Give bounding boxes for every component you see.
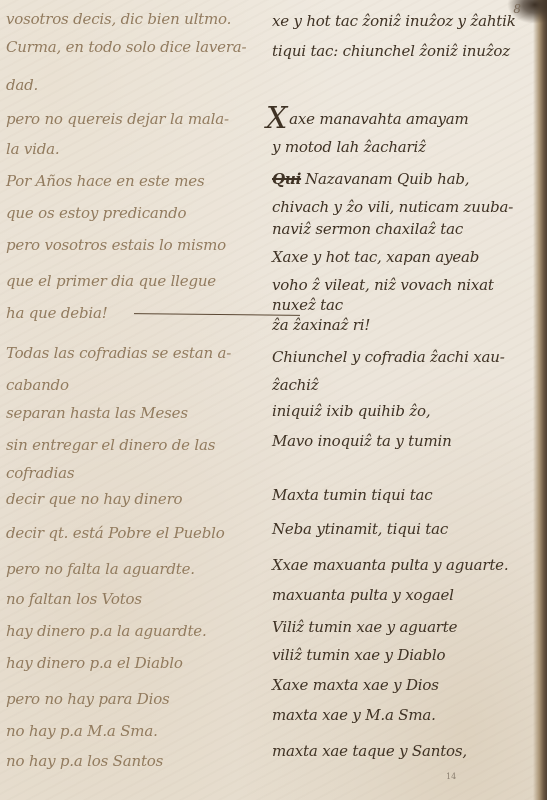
kaqchikel-line: Mavo inoquiẑ ta y tumin (272, 432, 452, 450)
kaqchikel-line: maxta xae y M.a Sma. (272, 706, 436, 724)
spanish-line: decir que no hay dinero (6, 490, 182, 508)
kaqchikel-line: maxuanta pulta y xogael (272, 586, 454, 604)
spanish-line: vosotros decis, dic bien ultmo. (6, 10, 231, 28)
spanish-line: pero no quereis dejar la mala- (6, 110, 229, 128)
kaqchikel-line: Xaxe y hot tac, xapan ayeab (272, 248, 479, 266)
footer-mark: 14 (446, 772, 456, 781)
kaqchikel-line: Chiunchel y cofradia ẑachi xau- (272, 348, 505, 366)
spanish-line: que os estoy predicando (6, 204, 186, 222)
spanish-line: cabando (6, 376, 69, 394)
kaqchikel-line: iniquiẑ ixib quihib ẑo, (272, 402, 430, 420)
spanish-line: Por Años hace en este mes (6, 172, 204, 190)
kaqchikel-line: tiqui tac: chiunchel ẑoniẑ inuẑoz (272, 42, 510, 60)
kaqchikel-line: Xxae maxuanta pulta y aguarte. (272, 556, 508, 574)
spanish-line: no hay p.a M.a Sma. (6, 722, 158, 740)
kaqchikel-line: Xaxe maxta xae y Dios (272, 676, 439, 694)
kaqchikel-line: y motod lah ẑachariẑ (272, 138, 426, 156)
spanish-line: decir qt. está Pobre el Pueblo (6, 524, 225, 542)
spanish-line: no faltan los Votos (6, 590, 142, 608)
spanish-line: pero no falta la aguardte. (6, 560, 195, 578)
kaqchikel-line: naviẑ sermon chaxilaẑ tac (272, 220, 463, 238)
spanish-line: cofradias (6, 464, 74, 482)
struck-abbreviation: Qui (272, 170, 301, 188)
kaqchikel-line: xe y hot tac ẑoniẑ inuẑoz y ẑahtik (272, 12, 516, 30)
kaqchikel-line: ẑachiẑ (272, 376, 318, 394)
spanish-line: dad. (6, 76, 38, 94)
spanish-line: la vida. (6, 140, 60, 158)
kaqchikel-line: Xaxe manavahta amayam (266, 104, 469, 134)
manuscript-page: 8 vosotros decis, dic bien ultmo. Curma,… (0, 0, 547, 800)
spanish-line: separan hasta las Meses (6, 404, 188, 422)
spanish-line: hay dinero p.a el Diablo (6, 654, 183, 672)
spanish-line: pero no hay para Dios (6, 690, 170, 708)
kaqchikel-line: voho ẑ vileat, niẑ vovach nixat (272, 276, 494, 294)
spanish-line: que el primer dia que llegue (6, 272, 216, 290)
drop-cap: X (266, 101, 287, 136)
spanish-line: sin entregar el dinero de las (6, 436, 215, 454)
kaqchikel-line: nuxeẑ tac (272, 296, 343, 314)
kaqchikel-line: Neba ytinamit, tiqui tac (272, 520, 448, 538)
spanish-line: hay dinero p.a la aguardte. (6, 622, 207, 640)
spanish-line: no hay p.a los Santos (6, 752, 163, 770)
spanish-line: ha que debia! (6, 304, 108, 322)
kaqchikel-line-text: Nazavanam Quib hab, (305, 170, 469, 188)
kaqchikel-line: chivach y ẑo vili, nuticam zuuba- (272, 198, 513, 216)
kaqchikel-line-text: axe manavahta amayam (289, 110, 468, 128)
spanish-line: pero vosotros estais lo mismo (6, 236, 226, 254)
kaqchikel-line: maxta xae taque y Santos, (272, 742, 467, 760)
kaqchikel-line: QuiNazavanam Quib hab, (272, 170, 469, 188)
spanish-line: Todas las cofradias se estan a- (6, 344, 231, 362)
kaqchikel-line: Viliẑ tumin xae y aguarte (272, 618, 457, 636)
binding-edge (533, 0, 547, 800)
kaqchikel-line: viliẑ tumin xae y Diablo (272, 646, 445, 664)
spanish-line: Curma, en todo solo dice lavera- (6, 38, 246, 56)
kaqchikel-line: Maxta tumin tiqui tac (272, 486, 432, 504)
kaqchikel-line: ẑa ẑaxinaẑ ri! (272, 316, 370, 334)
